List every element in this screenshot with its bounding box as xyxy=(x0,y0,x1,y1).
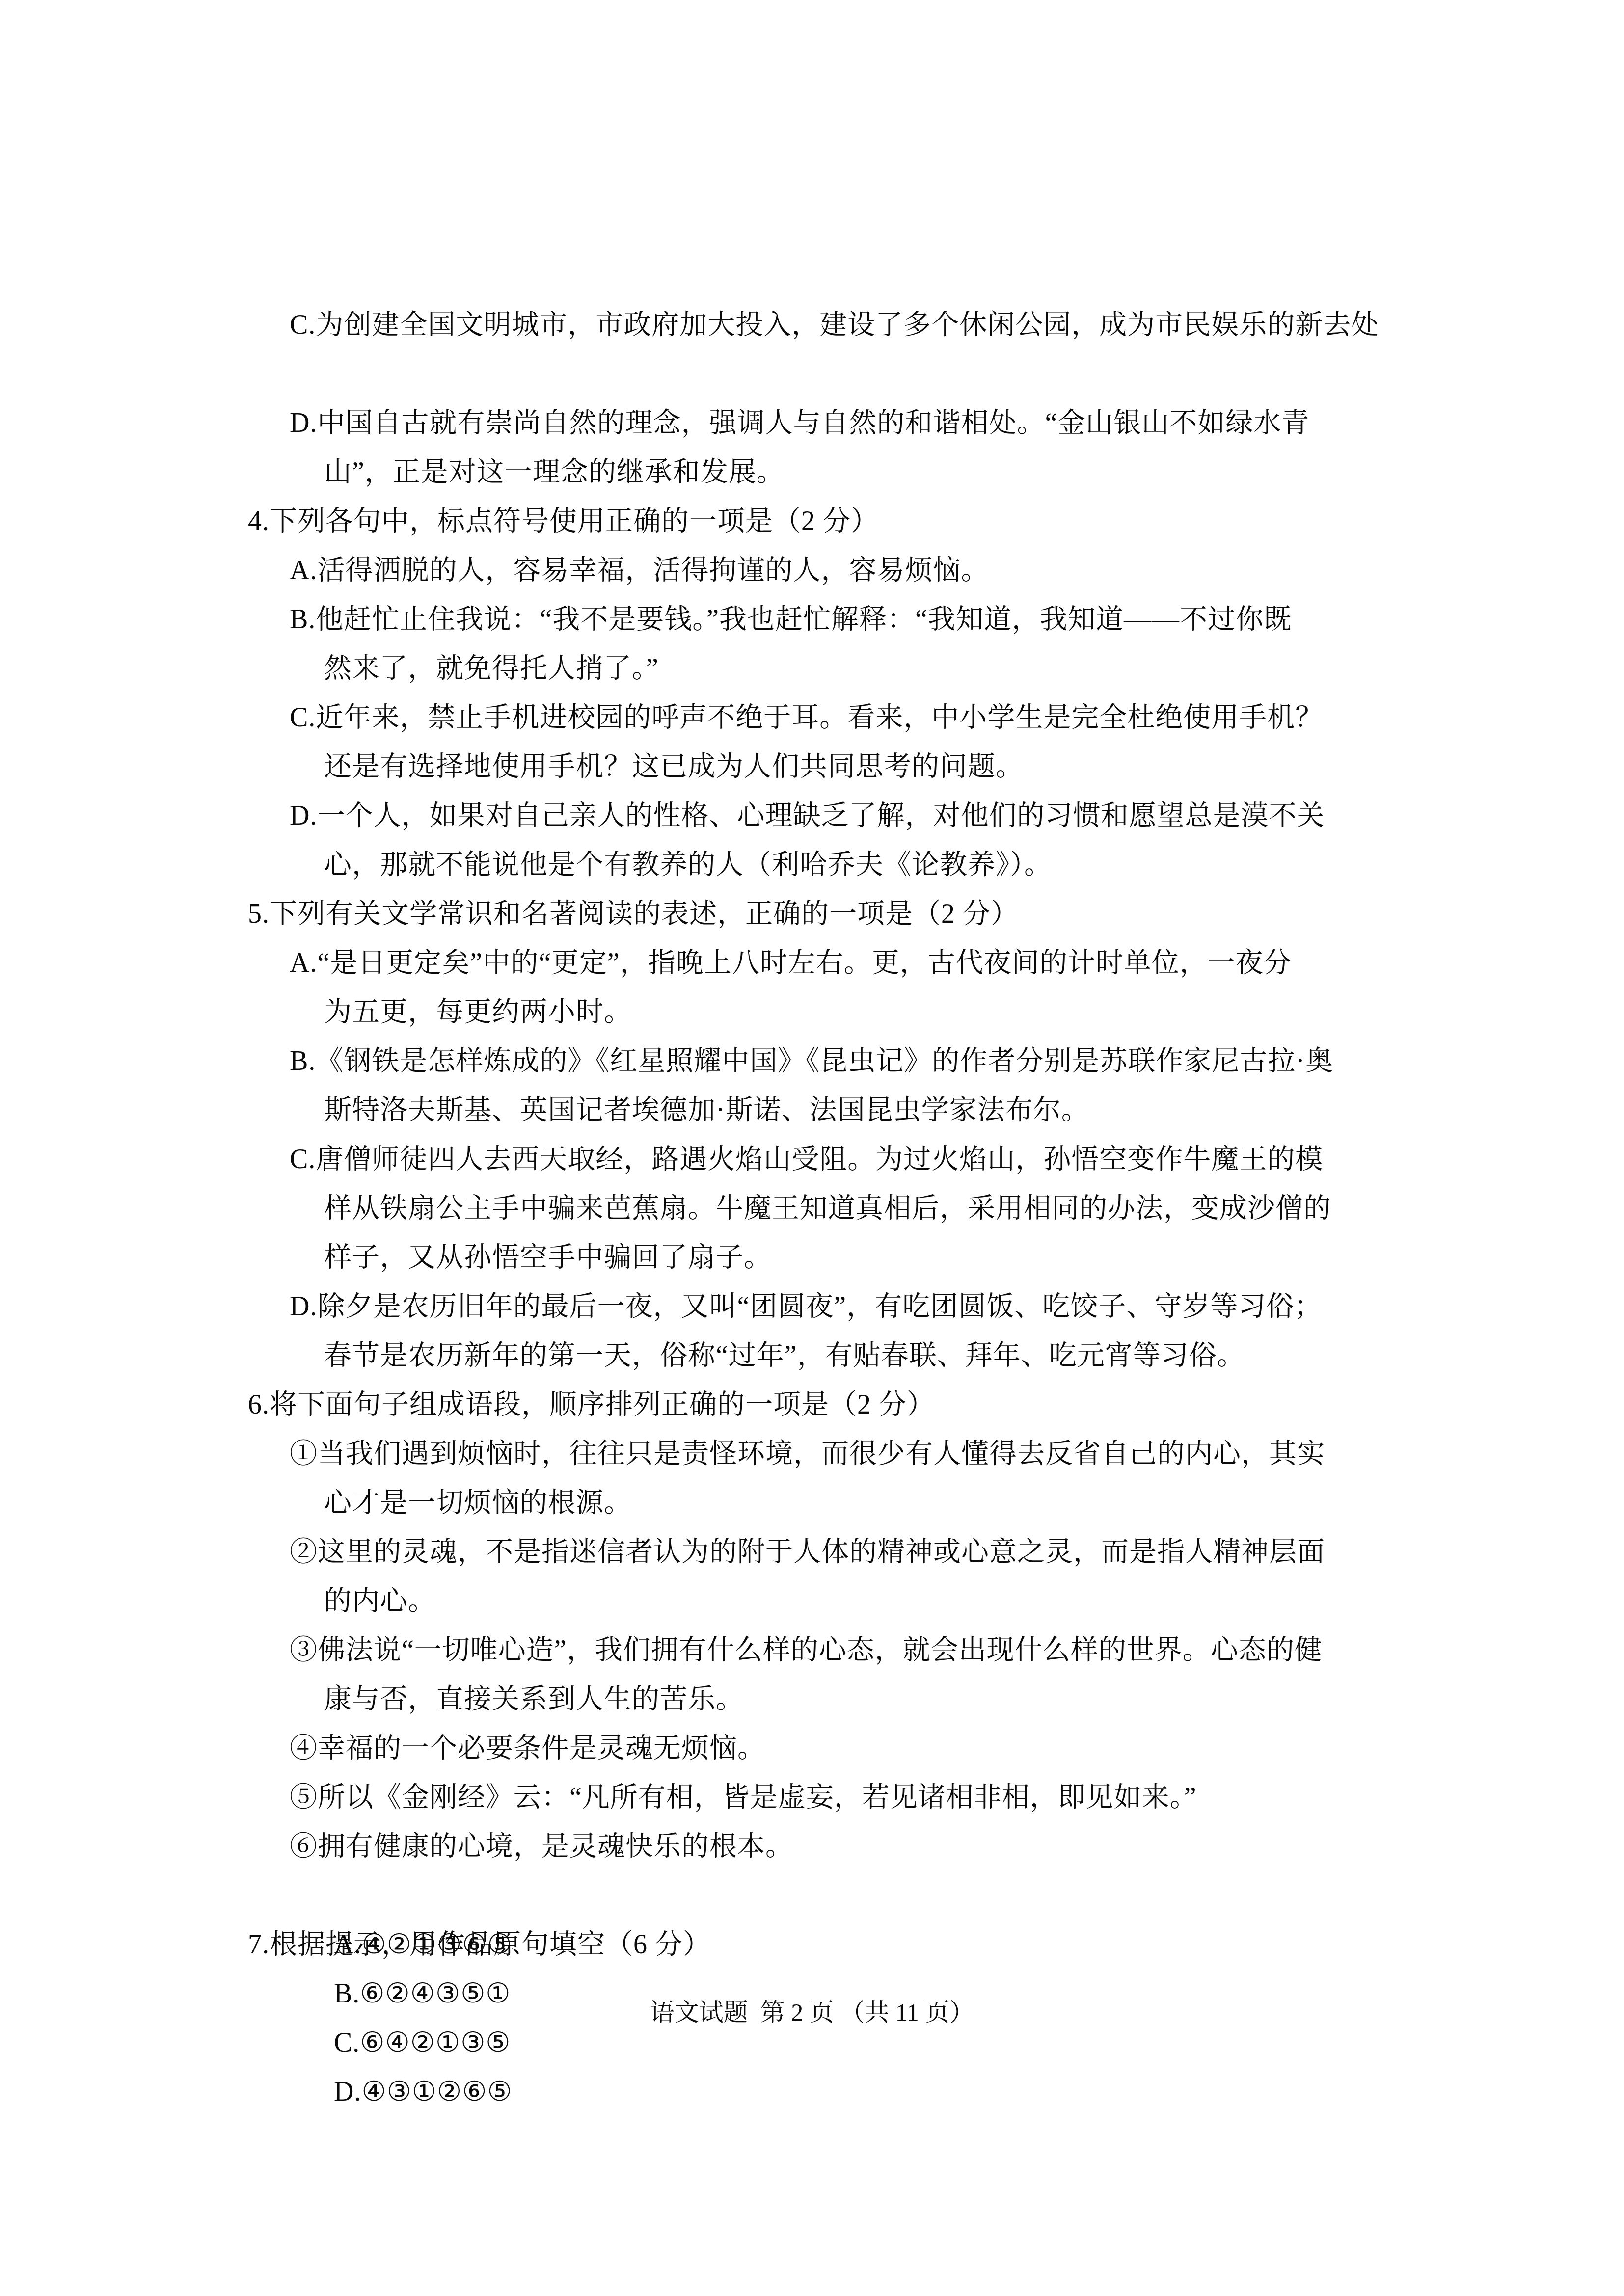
q5-option-c-line2: 样从铁扇公主手中骗来芭蕉扇。牛魔王知道真相后，采用相同的办法，变成沙僧的 xyxy=(0,1184,1624,1233)
q4-option-c-line1: C.近年来，禁止手机进校园的呼声不绝于耳。看来，中小学生是完全杜绝使用手机？ xyxy=(0,693,1624,742)
q3-option-d-line2: 山”，正是对这一理念的继承和发展。 xyxy=(0,448,1624,497)
blank-line xyxy=(0,349,1624,399)
q4-option-d-line2: 心，那就不能说他是个有教养的人（利哈乔夫《论教养》）。 xyxy=(0,840,1624,889)
q6-sentence-3-line1: ③佛法说“一切唯心造”，我们拥有什么样的心态，就会出现什么样的世界。心态的健 xyxy=(0,1626,1624,1675)
q6-sentence-5: ⑤所以《金刚经》云：“凡所有相，皆是虚妄，若见诸相非相，即见如来。” xyxy=(0,1773,1624,1822)
q5-option-a-line2: 为五更，每更约两小时。 xyxy=(0,988,1624,1037)
question-5-stem: 5.下列有关文学常识和名著阅读的表述，正确的一项是（2 分） xyxy=(0,889,1624,938)
page-footer: 语文试题 第 2 页 （共 11 页） xyxy=(0,1997,1624,2028)
exam-paper-page: C.为创建全国文明城市，市政府加大投入，建设了多个休闲公园，成为市民娱乐的新去处… xyxy=(0,0,1624,2296)
q6-choice-d: D.④③①②⑥⑤ xyxy=(334,2067,513,2116)
q6-sentence-1-line1: ①当我们遇到烦恼时，往往只是责怪环境，而很少有人懂得去反省自己的内心，其实 xyxy=(0,1429,1624,1478)
q5-option-b-line1: B.《钢铁是怎样炼成的》《红星照耀中国》《昆虫记》的作者分别是苏联作家尼古拉·奥 xyxy=(0,1037,1624,1086)
question-6-stem: 6.将下面句子组成语段，顺序排列正确的一项是（2 分） xyxy=(0,1380,1624,1429)
q5-option-d-line2: 春节是农历新年的第一天，俗称“过年”，有贴春联、拜年、吃元宵等习俗。 xyxy=(0,1331,1624,1380)
q6-sentence-6: ⑥拥有健康的心境，是灵魂快乐的根本。 xyxy=(0,1822,1624,1871)
q6-sentence-4: ④幸福的一个必要条件是灵魂无烦恼。 xyxy=(0,1724,1624,1773)
q4-option-b-line2: 然来了，就免得托人捎了。” xyxy=(0,644,1624,693)
q4-option-c-line2: 还是有选择地使用手机？这已成为人们共同思考的问题。 xyxy=(0,742,1624,791)
q6-sentence-2-line2: 的内心。 xyxy=(0,1576,1624,1626)
q6-sentence-2-line1: ②这里的灵魂，不是指迷信者认为的附于人体的精神或心意之灵，而是指人精神层面 xyxy=(0,1527,1624,1576)
q6-sentence-3-line2: 康与否，直接关系到人生的苦乐。 xyxy=(0,1675,1624,1724)
q5-option-d-line1: D.除夕是农历旧年的最后一夜，又叫“团圆夜”，有吃团圆饭、吃饺子、守岁等习俗； xyxy=(0,1282,1624,1331)
q6-sentence-1-line2: 心才是一切烦恼的根源。 xyxy=(0,1478,1624,1527)
exam-body: C.为创建全国文明城市，市政府加大投入，建设了多个休闲公园，成为市民娱乐的新去处… xyxy=(0,300,1624,1969)
q5-option-c-line3: 样子，又从孙悟空手中骗回了扇子。 xyxy=(0,1233,1624,1282)
q5-option-c-line1: C.唐僧师徒四人去西天取经，路遇火焰山受阻。为过火焰山，孙悟空变作牛魔王的模 xyxy=(0,1135,1624,1184)
question-4-stem: 4.下列各句中，标点符号使用正确的一项是（2 分） xyxy=(0,497,1624,546)
q3-option-c: C.为创建全国文明城市，市政府加大投入，建设了多个休闲公园，成为市民娱乐的新去处 xyxy=(0,300,1624,349)
q5-option-b-line2: 斯特洛夫斯基、英国记者埃德加·斯诺、法国昆虫学家法布尔。 xyxy=(0,1086,1624,1135)
q4-option-a: A.活得洒脱的人，容易幸福，活得拘谨的人，容易烦恼。 xyxy=(0,546,1624,595)
q4-option-b-line1: B.他赶忙止住我说：“我不是要钱。”我也赶忙解释：“我知道，我知道——不过你既 xyxy=(0,595,1624,644)
q5-option-a-line1: A.“是日更定矣”中的“更定”，指晚上八时左右。更，古代夜间的计时单位，一夜分 xyxy=(0,938,1624,988)
q6-answer-choices: A.④②①③⑥⑤ B.⑥②④③⑤① C.⑥④②①③⑤ D.④③①②⑥⑤ xyxy=(0,1871,1624,1920)
q3-option-d-line1: D.中国自古就有崇尚自然的理念，强调人与自然的和谐相处。“金山银山不如绿水青 xyxy=(0,399,1624,448)
q4-option-d-line1: D.一个人，如果对自己亲人的性格、心理缺乏了解，对他们的习惯和愿望总是漠不关 xyxy=(0,791,1624,840)
question-7-stem: 7.根据提示，用作品原句填空（6 分） xyxy=(0,1920,1624,1969)
